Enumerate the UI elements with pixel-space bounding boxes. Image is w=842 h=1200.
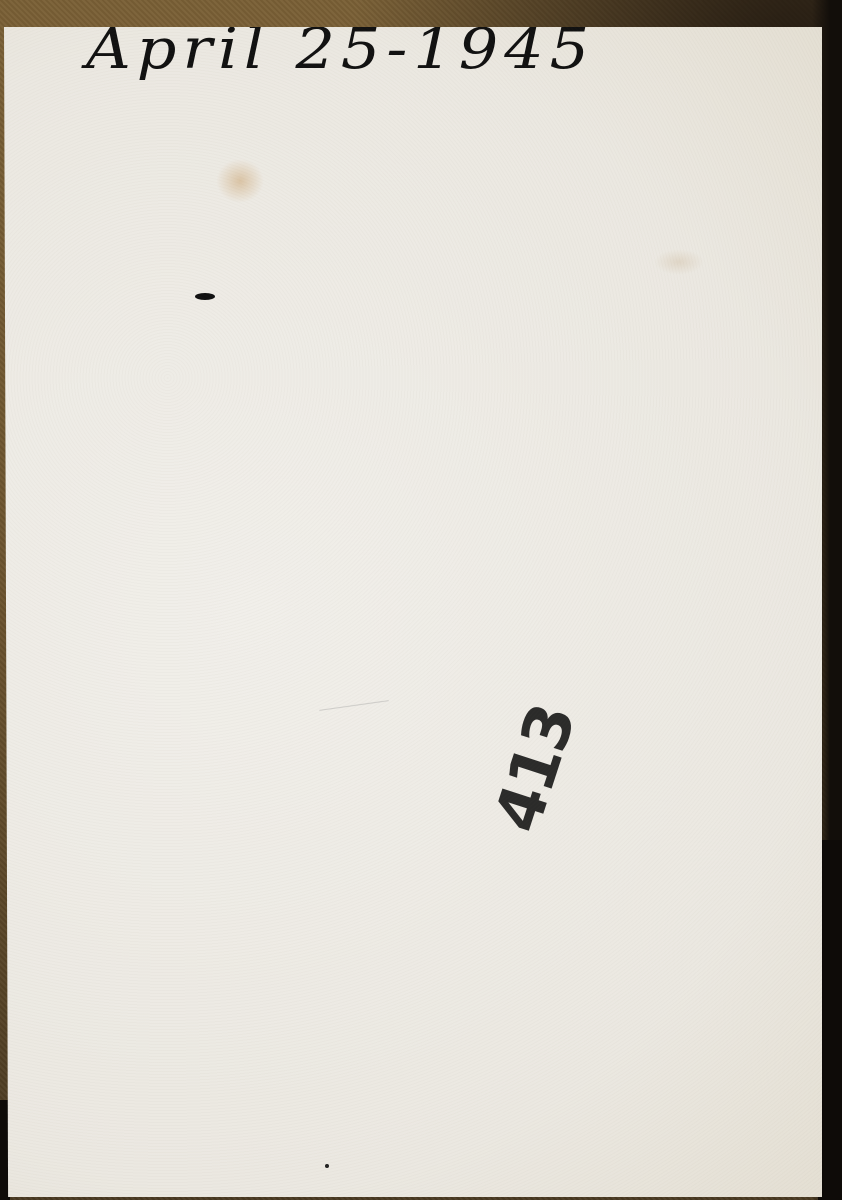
stamped-number: 413 — [481, 697, 591, 841]
photo-back-paper: April 25-1945 413 — [4, 27, 822, 1197]
paper-stain — [216, 159, 264, 203]
ink-dot — [325, 1164, 329, 1168]
ink-speck — [195, 293, 215, 300]
handwritten-date: April 25-1945 — [86, 21, 595, 77]
paper-scratch — [319, 700, 388, 711]
paper-stain — [654, 249, 704, 275]
